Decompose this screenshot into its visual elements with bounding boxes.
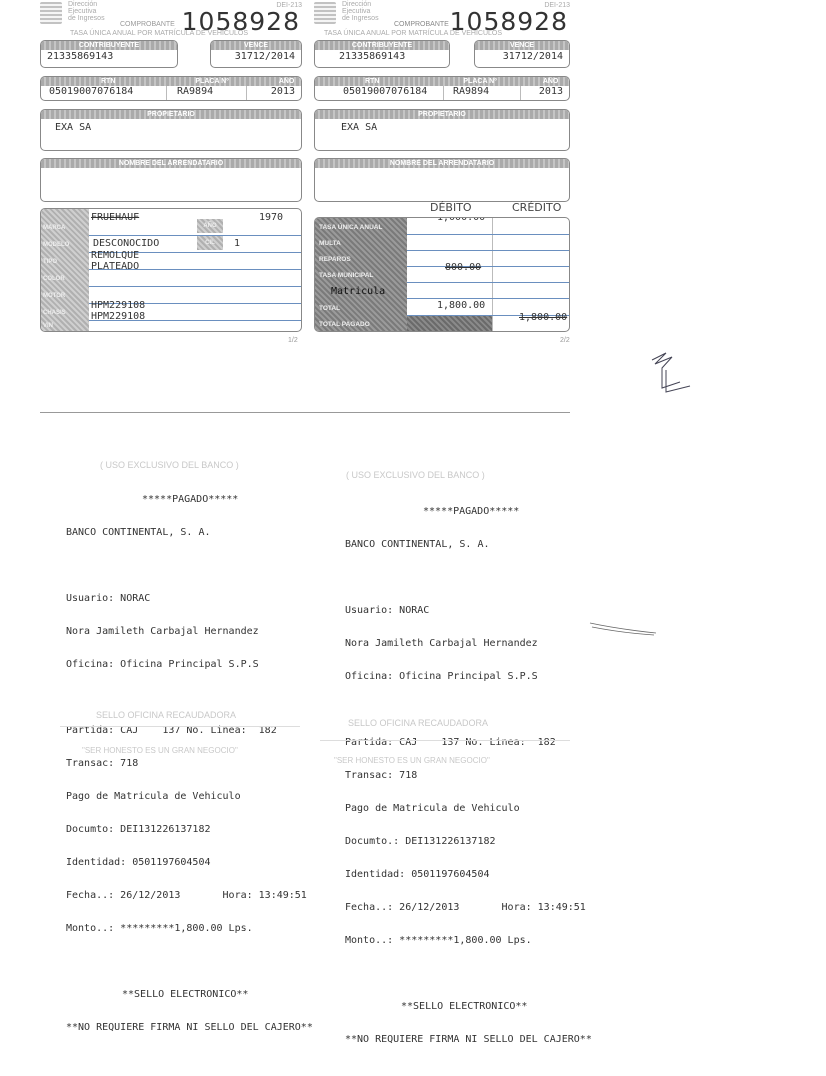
fecha-hora: Fecha..: 26/12/2013 Hora: 13:49:51 xyxy=(345,902,605,913)
cil-mini-label: CIL xyxy=(197,236,223,250)
rtn-placa-box: RTNPLACA NºAÑO 05019007076184 RA9894 201… xyxy=(40,76,302,101)
identidad: Identidad: 0501197604504 xyxy=(345,869,605,880)
doc-subtitle: TASA ÚNICA ANUAL POR MATRÍCULA DE VEHÍCU… xyxy=(70,30,248,37)
oficina: Oficina: Oficina Principal S.P.S xyxy=(66,659,326,670)
documento: Documto: DEI131226137182 xyxy=(66,824,326,835)
transac: Transac: 718 xyxy=(345,770,605,781)
arrendatario-box: NOMBRE DEL ARRENDATARIO xyxy=(40,158,302,202)
dei-logo-icon xyxy=(314,2,336,24)
divider xyxy=(520,86,521,100)
label-color: COLOR xyxy=(43,276,65,282)
total-pagado-shade xyxy=(407,316,492,331)
doc-type: COMPROBANTE xyxy=(120,21,175,28)
vehicle-characteristics-box: CARACTERÍSTICAS DEL VEHÍCULO MARCA MODEL… xyxy=(40,208,302,332)
bank-name: BANCO CONTINENTAL, S. A. xyxy=(66,527,326,538)
vehicle-title: CARACTERÍSTICAS DEL VEHÍCULO xyxy=(141,210,262,217)
rtn-value: 05019007076184 xyxy=(343,86,427,97)
identidad: Identidad: 0501197604504 xyxy=(66,857,326,868)
sello-oficina: SELLO OFICINA RECAUDADORA xyxy=(96,710,236,720)
dei-logo-icon xyxy=(40,2,62,24)
finance-table: TASA ÚNICA ANUAL MULTA REPAROS TASA MUNI… xyxy=(314,217,570,332)
page-number: 1/2 xyxy=(288,337,298,344)
sello-oficina: SELLO OFICINA RECAUDADORA xyxy=(348,718,488,728)
divider xyxy=(166,86,167,100)
credito-header: CRÉDITO xyxy=(512,201,561,214)
vence-label: VENCE xyxy=(211,41,301,50)
monto: Monto..: *********1,800.00 Lps. xyxy=(66,923,326,934)
fecha-hora: Fecha..: 26/12/2013 Hora: 13:49:51 xyxy=(66,890,326,901)
anio-value: 2013 xyxy=(539,86,563,97)
paid-stamp: *****PAGADO***** xyxy=(66,494,326,505)
agency-line: de Ingresos xyxy=(68,15,105,22)
usuario: Usuario: NORAC xyxy=(66,593,326,604)
propietario-label: PROPIETARIO xyxy=(41,110,301,119)
propietario-label: PROPIETARIO xyxy=(315,110,569,119)
arrendatario-box: NOMBRE DEL ARRENDATARIO xyxy=(314,158,570,202)
label-modelo: MODELO xyxy=(43,242,69,248)
agency-name: Dirección Ejecutiva de Ingresos xyxy=(68,1,105,22)
rtn-placa-header: RTNPLACA NºAÑO xyxy=(315,77,569,86)
anio-value: 2013 xyxy=(271,86,295,97)
concepto: Pago de Matricula de Vehiculo xyxy=(345,803,605,814)
stamp-line xyxy=(320,740,570,741)
anio-mini-label: AÑO xyxy=(197,219,223,233)
vence-value: 31712/2014 xyxy=(475,50,569,63)
page-number: 2/2 xyxy=(560,337,570,344)
sello-electronico: **SELLO ELECTRONICO** xyxy=(66,989,326,1000)
no-firma-note: **NO REQUIERE FIRMA NI SELLO DEL CAJERO*… xyxy=(345,1034,605,1045)
rtn-label: RTN xyxy=(101,78,115,85)
rtn-value: 05019007076184 xyxy=(49,86,133,97)
label-chasis: CHASIS xyxy=(43,310,66,316)
contribuyente-label: CONTRIBUYENTE xyxy=(315,41,449,50)
row-line xyxy=(407,298,569,299)
vin-value: HPM229108 xyxy=(91,311,145,322)
row-label-total: TOTAL xyxy=(319,305,340,312)
monto: Monto..: *********1,800.00 Lps. xyxy=(345,935,605,946)
row-line xyxy=(407,250,569,251)
rtn-placa-header: RTNPLACA NºAÑO xyxy=(41,77,301,86)
arrendatario-value xyxy=(41,168,301,170)
cashier-name: Nora Jamileth Carbajal Hernandez xyxy=(66,626,326,637)
label-marca: MARCA xyxy=(43,225,65,231)
row-line xyxy=(407,234,569,235)
pen-mark-icon xyxy=(588,615,658,640)
agency-line: Dirección xyxy=(68,1,105,8)
row-line xyxy=(407,266,569,267)
usuario: Usuario: NORAC xyxy=(345,605,605,616)
row-label-multa: MULTA xyxy=(319,240,341,247)
tasa-unica-debito: 1,000.00 xyxy=(437,217,485,223)
concepto: Pago de Matricula de Vehiculo xyxy=(66,791,326,802)
documento: Documto.: DEI131226137182 xyxy=(345,836,605,847)
cil-value: 1 xyxy=(234,238,240,249)
total-debito: 1,800.00 xyxy=(437,300,485,311)
agency-line: Ejecutiva xyxy=(342,8,379,15)
propietario-value: EXA SA xyxy=(315,119,569,134)
bank-receipt-1: *****PAGADO***** BANCO CONTINENTAL, S. A… xyxy=(66,472,326,1044)
propietario-value: EXA SA xyxy=(41,119,301,134)
agency-line: Ejecutiva xyxy=(68,8,105,15)
transac: Transac: 718 xyxy=(66,758,326,769)
placa-value: RA9894 xyxy=(177,86,213,97)
row-label-total-pagado: TOTAL PAGADO xyxy=(319,321,370,328)
propietario-box: PROPIETARIO EXA SA xyxy=(40,109,302,151)
contribuyente-label: CONTRIBUYENTE xyxy=(41,41,177,50)
vence-value: 31712/2014 xyxy=(211,50,301,63)
agency-name: Dirección Ejecutiva de Ingresos xyxy=(342,1,379,22)
vence-label: VENCE xyxy=(475,41,569,50)
marca-value: FRUEHAUF xyxy=(91,212,139,223)
total-pagado-credito: 1,800.00 xyxy=(519,312,567,323)
row-label-tasa-municipal: TASA MUNICIPAL xyxy=(319,272,373,279)
tasa-municipal-debito: 800.00 xyxy=(445,262,481,273)
contribuyente-value: 21335869143 xyxy=(41,50,177,63)
vence-box: VENCE 31712/2014 xyxy=(210,40,302,68)
rtn-placa-box: RTNPLACA NºAÑO 05019007076184 RA9894 201… xyxy=(314,76,570,101)
bank-name: BANCO CONTINENTAL, S. A. xyxy=(345,539,605,550)
row-line xyxy=(407,282,569,283)
row-label-matricula: Matricula xyxy=(331,286,385,297)
contribuyente-value: 21335869143 xyxy=(315,50,449,63)
placa-label: PLACA Nº xyxy=(463,78,496,85)
arrendatario-value xyxy=(315,168,569,170)
vehicle-anio-value: 1970 xyxy=(259,212,283,223)
label-motor: MOTOR xyxy=(43,293,65,299)
no-firma-note: **NO REQUIERE FIRMA NI SELLO DEL CAJERO*… xyxy=(66,1022,326,1033)
bank-receipt-2: *****PAGADO***** BANCO CONTINENTAL, S. A… xyxy=(345,484,605,1056)
sello-electronico: **SELLO ELECTRONICO** xyxy=(345,1001,605,1012)
slogan: "SER HONESTO ES UN GRAN NEGOCIO" xyxy=(82,746,238,755)
modelo-value: DESCONOCIDO xyxy=(93,238,159,249)
debito-header: DÉBITO xyxy=(430,201,472,214)
stamp-line xyxy=(60,726,300,727)
anio-label: AÑO xyxy=(279,78,295,85)
anio-label: AÑO xyxy=(543,78,559,85)
row-line xyxy=(89,235,301,236)
row-line xyxy=(89,286,301,287)
agency-line: Dirección xyxy=(342,1,379,8)
slogan: "SER HONESTO ES UN GRAN NEGOCIO" xyxy=(334,756,490,765)
contribuyente-box: CONTRIBUYENTE 21335869143 xyxy=(40,40,178,68)
partida: Partida: CAJ 137 No. Linea: 182 xyxy=(345,737,605,748)
handwritten-signature-icon xyxy=(650,350,695,395)
label-tipo: TIPO xyxy=(43,259,57,265)
placa-value: RA9894 xyxy=(453,86,489,97)
bank-use-header: ( USO EXCLUSIVO DEL BANCO ) xyxy=(346,470,485,480)
arrendatario-label: NOMBRE DEL ARRENDATARIO xyxy=(315,159,569,168)
vence-box: VENCE 31712/2014 xyxy=(474,40,570,68)
doc-type: COMPROBANTE xyxy=(394,21,449,28)
chasis-value: HPM229108 xyxy=(91,300,145,311)
rtn-label: RTN xyxy=(365,78,379,85)
arrendatario-label: NOMBRE DEL ARRENDATARIO xyxy=(41,159,301,168)
bank-use-header: ( USO EXCLUSIVO DEL BANCO ) xyxy=(100,460,239,470)
row-label-tasa-unica: TASA ÚNICA ANUAL xyxy=(319,224,382,231)
divider xyxy=(443,86,444,100)
paid-stamp: *****PAGADO***** xyxy=(345,506,605,517)
divider xyxy=(246,86,247,100)
row-label-reparos: REPAROS xyxy=(319,256,351,263)
doc-subtitle: TASA ÚNICA ANUAL POR MATRÍCULA DE VEHÍCU… xyxy=(324,30,502,37)
contribuyente-box: CONTRIBUYENTE 21335869143 xyxy=(314,40,450,68)
tipo-value: REMOLQUE xyxy=(91,250,139,261)
placa-label: PLACA Nº xyxy=(195,78,228,85)
section-divider xyxy=(40,412,570,413)
color-value: PLATEADO xyxy=(91,261,139,272)
oficina: Oficina: Oficina Principal S.P.S xyxy=(345,671,605,682)
label-vin: VIN xyxy=(43,323,53,329)
agency-line: de Ingresos xyxy=(342,15,379,22)
cashier-name: Nora Jamileth Carbajal Hernandez xyxy=(345,638,605,649)
propietario-box: PROPIETARIO EXA SA xyxy=(314,109,570,151)
